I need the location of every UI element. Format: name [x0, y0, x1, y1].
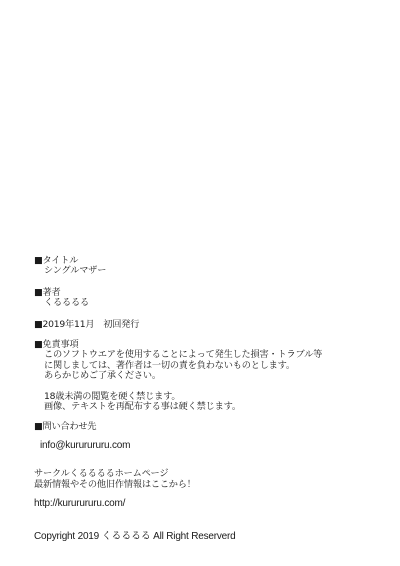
author-value: くるるるる — [34, 298, 374, 308]
title-section: ■タイトル シングルマザー — [34, 256, 374, 277]
contact-section: ■問い合わせ先 info@kururururu.com — [34, 422, 374, 451]
colophon: ■タイトル シングルマザー ■著者 くるるるる ■2019年11月 初回発行 ■… — [34, 256, 374, 542]
contact-email: info@kururururu.com — [34, 441, 374, 451]
title-value: シングルマザー — [34, 266, 374, 276]
redistribution-restriction: 画像、テキストを再配布する事は硬く禁じます。 — [34, 402, 374, 412]
author-section: ■著者 くるるるる — [34, 288, 374, 309]
copyright-notice: Copyright 2019 くるるるる All Right Reserverd — [34, 532, 374, 542]
release-heading: ■2019年11月 初回発行 — [34, 320, 374, 330]
contact-heading: ■問い合わせ先 — [34, 422, 374, 432]
homepage-description: 最新情報やその他旧作情報はここから！ — [34, 480, 374, 490]
homepage-section: サークルくるるるるホームページ 最新情報やその他旧作情報はここから！ http:… — [34, 469, 374, 509]
homepage-url: http://kururururu.com/ — [34, 499, 374, 509]
release-section: ■2019年11月 初回発行 — [34, 320, 374, 330]
disclaimer-line: あらかじめご了承ください。 — [34, 371, 374, 381]
disclaimer-section: ■免責事項 このソフトウエアを使用することによって発生した損害・トラブル等 に関… — [34, 340, 374, 412]
